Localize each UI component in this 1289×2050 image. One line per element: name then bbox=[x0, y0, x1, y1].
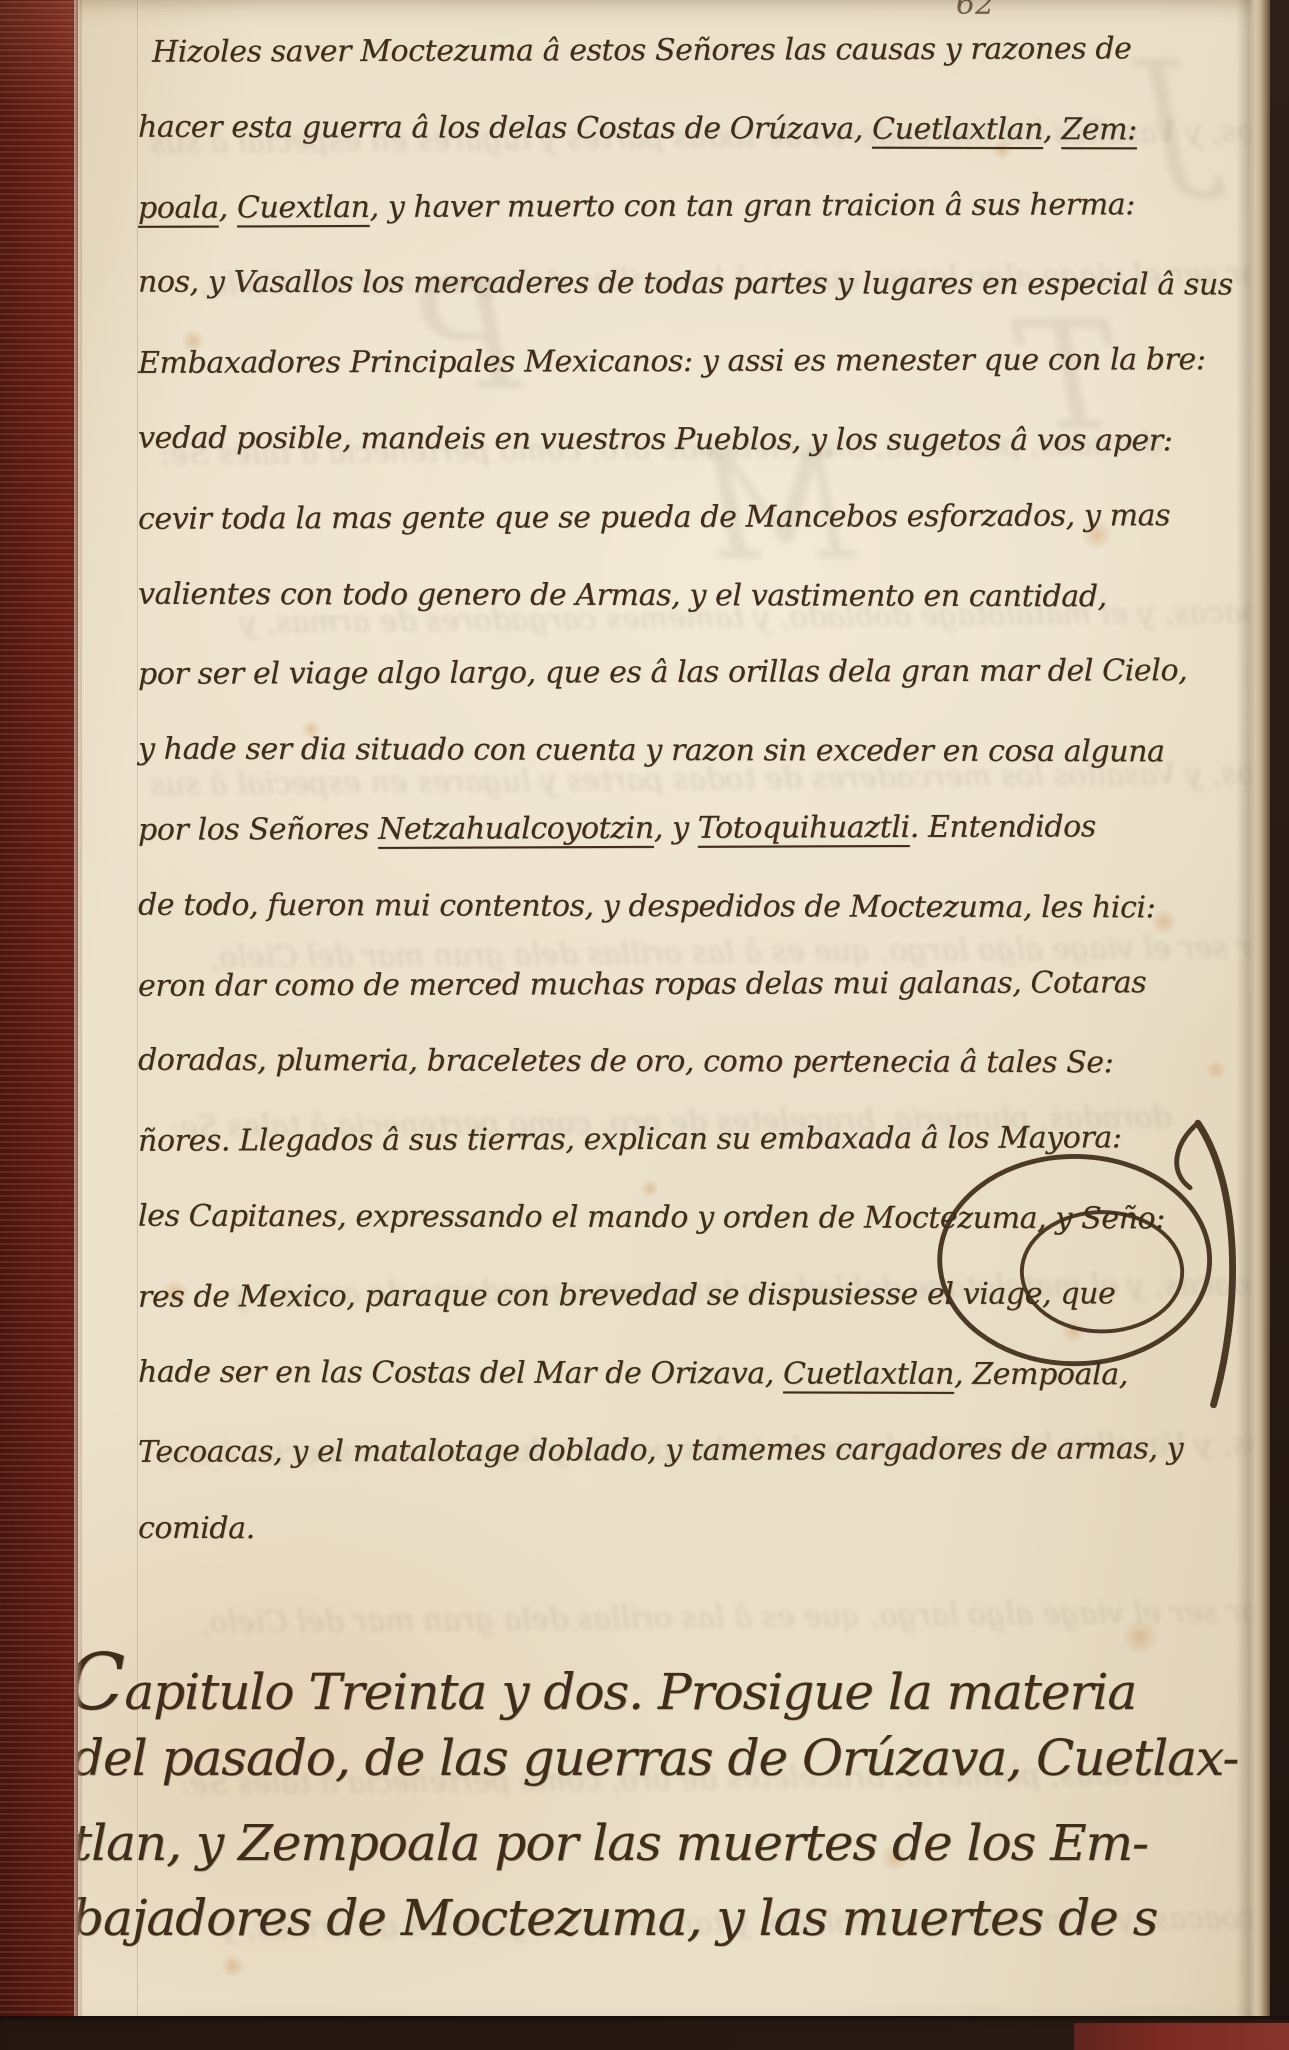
text-segment: eron dar como de merced muchas ropas del… bbox=[138, 965, 1146, 1004]
folio-number: 62 bbox=[956, 0, 994, 22]
text-segment: doradas, plumeria, braceletes de oro, co… bbox=[138, 1043, 1113, 1081]
text-segment: , bbox=[1043, 112, 1061, 147]
underlined-name: Cuetlaxtlan bbox=[872, 111, 1043, 146]
manuscript-line: comida. bbox=[138, 1514, 255, 1544]
book-fore-edge bbox=[0, 0, 78, 2050]
manuscript-line: doradas, plumeria, braceletes de oro, co… bbox=[138, 1046, 1113, 1079]
foxing-stain bbox=[640, 1180, 660, 1197]
text-segment: . Entendidos bbox=[910, 809, 1096, 845]
text-segment: hade ser en las Costas del Mar de Orizav… bbox=[138, 1354, 783, 1391]
manuscript-line: vedad posible, mandeis en vuestros Puebl… bbox=[138, 424, 1172, 457]
chapter-heading-line: del pasado, de las guerras de Orúzava, C… bbox=[72, 1733, 1238, 1783]
text-segment: Hizoles saver Moctezuma â estos Señores … bbox=[152, 31, 1132, 69]
chapter-heading-line: bajadores de Moctezuma, y las muertes de… bbox=[72, 1893, 1157, 1943]
text-segment: de todo, fueron mui contentos, y despedi… bbox=[138, 887, 1155, 925]
manuscript-line: Tecoacas, y el matalotage doblado, y tam… bbox=[138, 1435, 1183, 1469]
manuscript-line: eron dar como de merced muchas ropas del… bbox=[138, 968, 1146, 1002]
manuscript-line: Embaxadores Principales Mexicanos: y ass… bbox=[138, 345, 1206, 379]
manuscript-line: por ser el viage algo largo, que es â la… bbox=[138, 657, 1187, 691]
text-segment: Embaxadores Principales Mexicanos: y ass… bbox=[138, 342, 1206, 381]
text-segment: nos, y Vasallos los mercaderes de todas … bbox=[138, 265, 1233, 303]
text-segment: valientes con todo genero de Armas, y el… bbox=[138, 576, 1107, 614]
manuscript-photo: 62 nos, y Vasallos los mercaderes de tod… bbox=[0, 0, 1289, 2050]
manuscript-line: por los Señores Netzahualcoyotzin, y Tot… bbox=[138, 812, 1096, 845]
ornamental-initial-P-flourish bbox=[928, 1112, 1280, 1412]
manuscript-line: cevir toda la mas gente que se pueda de … bbox=[138, 501, 1170, 535]
underlined-name: Cuextlan bbox=[237, 190, 370, 225]
text-segment: vedad posible, mandeis en vuestros Puebl… bbox=[138, 421, 1173, 459]
underlined-name: Totoquihuaztli bbox=[698, 810, 910, 846]
foxing-stain bbox=[1205, 1060, 1227, 1079]
chapter-heading-line: Capitulo Treinta y dos. Prosigue la mate… bbox=[66, 1645, 1136, 1723]
manuscript-line: valientes con todo genero de Armas, y el… bbox=[138, 579, 1107, 612]
text-segment: , y bbox=[654, 811, 698, 846]
underlined-name: Netzahualcoyotzin bbox=[378, 811, 654, 847]
text-segment: , y haver muerto con tan gran traicion â… bbox=[369, 187, 1135, 225]
bleedthrough-initial: J bbox=[1140, 30, 1200, 204]
text-segment: cevir toda la mas gente que se pueda de … bbox=[138, 498, 1170, 537]
manuscript-line: hacer esta guerra â los delas Costas de … bbox=[138, 112, 1137, 145]
binding-corner-red bbox=[1074, 2023, 1289, 2050]
chapter-heading-line: tlan, y Zempoala por las muertes de los … bbox=[72, 1818, 1148, 1868]
manuscript-line: nos, y Vasallos los mercaderes de todas … bbox=[138, 268, 1233, 301]
binding-edge-right bbox=[1270, 0, 1289, 2050]
manuscript-line: de todo, fueron mui contentos, y despedi… bbox=[138, 890, 1155, 923]
text-segment: hacer esta guerra â los delas Costas de … bbox=[138, 109, 872, 146]
page-gutter-curve bbox=[1236, 0, 1272, 2050]
text-segment: Tecoacas, y el matalotage doblado, y tam… bbox=[138, 1432, 1183, 1471]
text-segment: y hade ser dia situado con cuenta y razo… bbox=[138, 732, 1165, 770]
underlined-name: poala bbox=[138, 190, 219, 225]
text-segment: por los Señores bbox=[138, 812, 378, 848]
text-segment: comida. bbox=[138, 1511, 255, 1546]
text-segment: por ser el viage algo largo, que es â la… bbox=[138, 654, 1187, 693]
manuscript-line: poala, Cuextlan, y haver muerto con tan … bbox=[138, 190, 1135, 223]
manuscript-line: Hizoles saver Moctezuma â estos Señores … bbox=[152, 34, 1132, 67]
manuscript-line: y hade ser dia situado con cuenta y razo… bbox=[138, 735, 1165, 768]
text-segment: , bbox=[219, 190, 237, 225]
underlined-name: Zem: bbox=[1061, 112, 1137, 147]
foxing-stain bbox=[220, 1955, 246, 1977]
